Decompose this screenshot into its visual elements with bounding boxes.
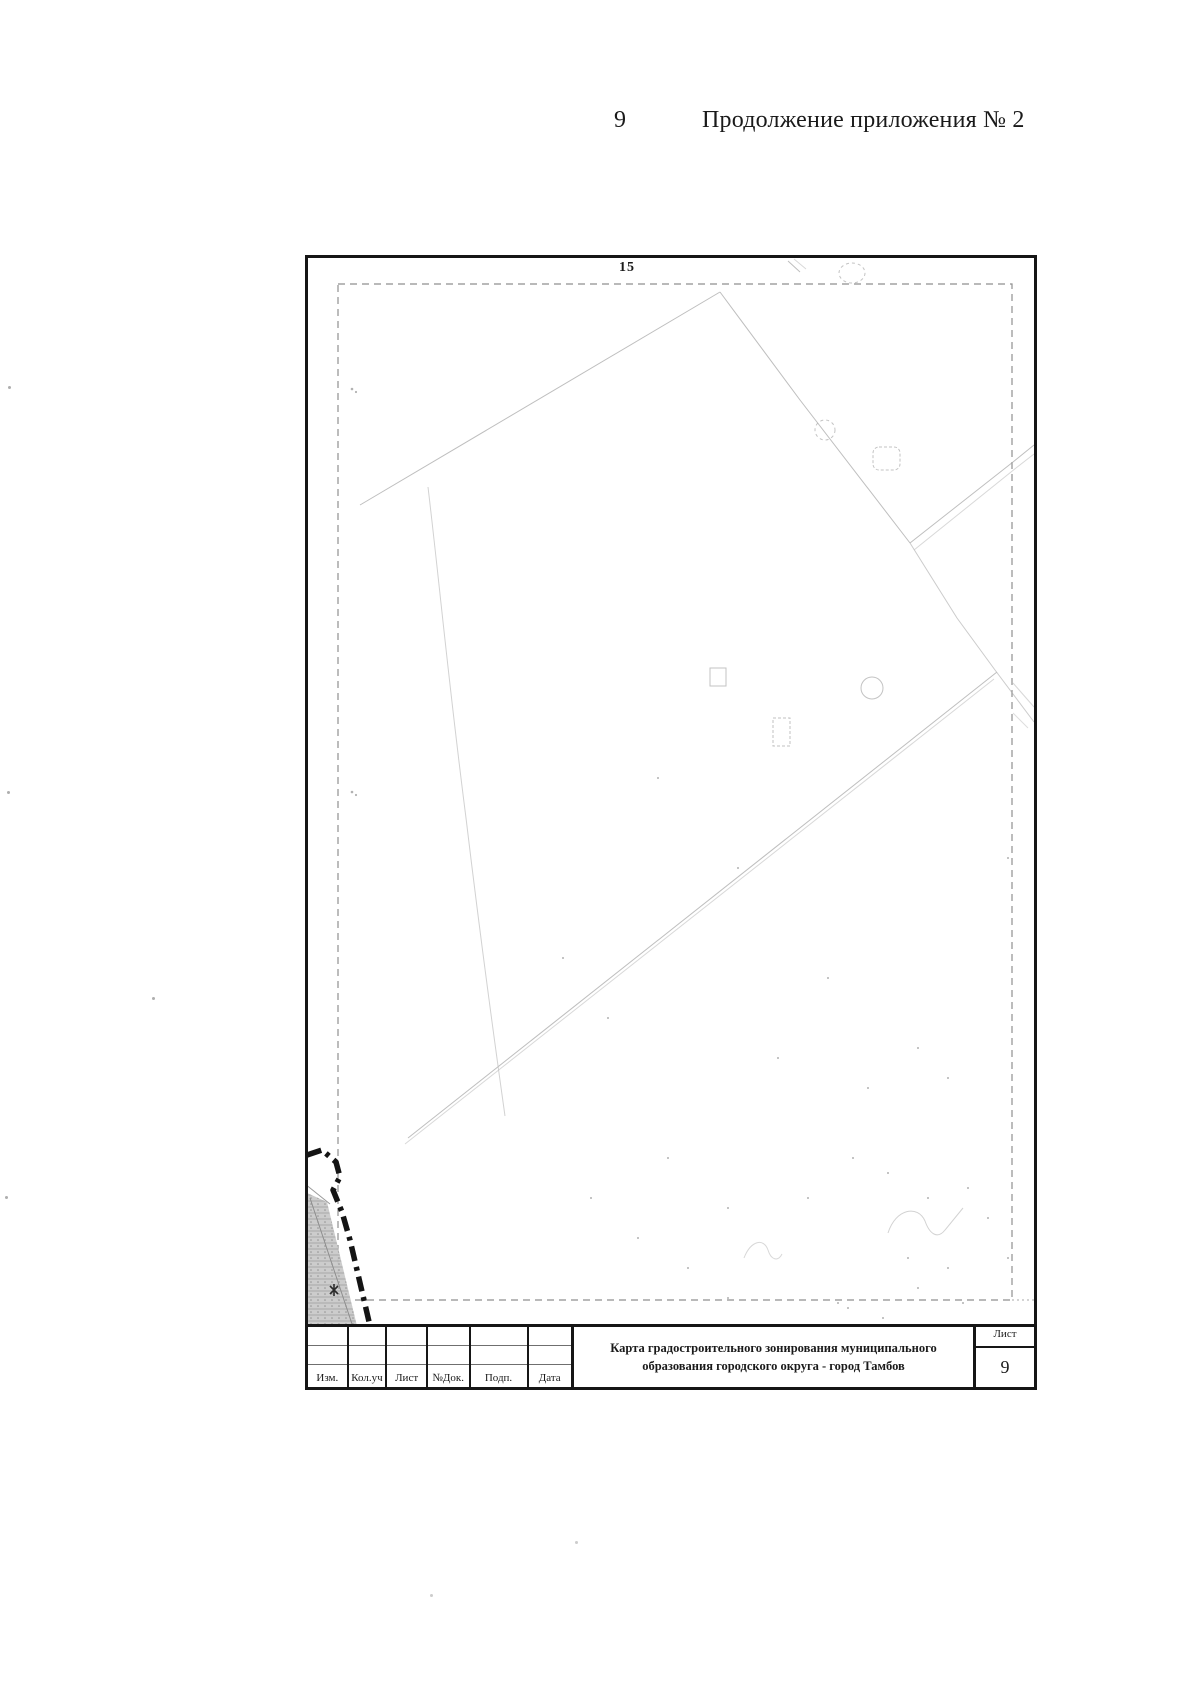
- title-block-column: Подп.: [471, 1327, 529, 1387]
- sheet-number-box: Лист 9: [976, 1327, 1034, 1387]
- title-block-column: Лист: [387, 1327, 428, 1387]
- title-block-column: Дата: [529, 1327, 574, 1387]
- column-label: №Док.: [428, 1372, 469, 1384]
- map-sheet-frame: 15: [305, 255, 1037, 1390]
- scan-speck: [152, 997, 155, 1000]
- title-block-revision-table: Изм. Кол.уч Лист №Док. Подп.: [308, 1327, 574, 1387]
- title-block-column: Изм.: [308, 1327, 349, 1387]
- map-title-line2: образования городского округа - город Та…: [642, 1357, 905, 1375]
- map-inner-dashed-border: [338, 284, 1012, 1300]
- scan-speck: [7, 791, 10, 794]
- adjacent-sheet-number: 15: [612, 260, 642, 276]
- page-number: 9: [600, 107, 640, 134]
- scan-speck: [5, 1196, 8, 1199]
- title-block-column: №Док.: [428, 1327, 471, 1387]
- title-block: Изм. Кол.уч Лист №Док. Подп.: [308, 1324, 1034, 1387]
- map-linework-svg: [308, 258, 1034, 1327]
- scan-noise-dots: [351, 388, 1009, 1319]
- sheet-label: Лист: [976, 1327, 1034, 1348]
- scanned-document-page: 9 Продолжение приложения № 2 15: [0, 0, 1200, 1697]
- column-label: Дата: [529, 1372, 571, 1384]
- map-title-line1: Карта градостроительного зонирования мун…: [610, 1339, 936, 1357]
- map-title-cell: Карта градостроительного зонирования мун…: [574, 1327, 976, 1387]
- column-label: Подп.: [471, 1372, 527, 1384]
- scan-speck: [8, 386, 11, 389]
- scan-speck: [575, 1541, 578, 1544]
- shaded-zone-polygon: [308, 1192, 357, 1327]
- sheet-number: 9: [976, 1348, 1034, 1387]
- column-label: Кол.уч: [349, 1372, 386, 1384]
- appendix-continuation-label: Продолжение приложения № 2: [702, 107, 1052, 134]
- faint-road-lines: [360, 259, 1034, 1259]
- title-block-column: Кол.уч: [349, 1327, 388, 1387]
- column-label: Лист: [387, 1372, 426, 1384]
- faint-map-symbols: [710, 263, 900, 746]
- scan-speck: [430, 1594, 433, 1597]
- column-label: Изм.: [308, 1372, 347, 1384]
